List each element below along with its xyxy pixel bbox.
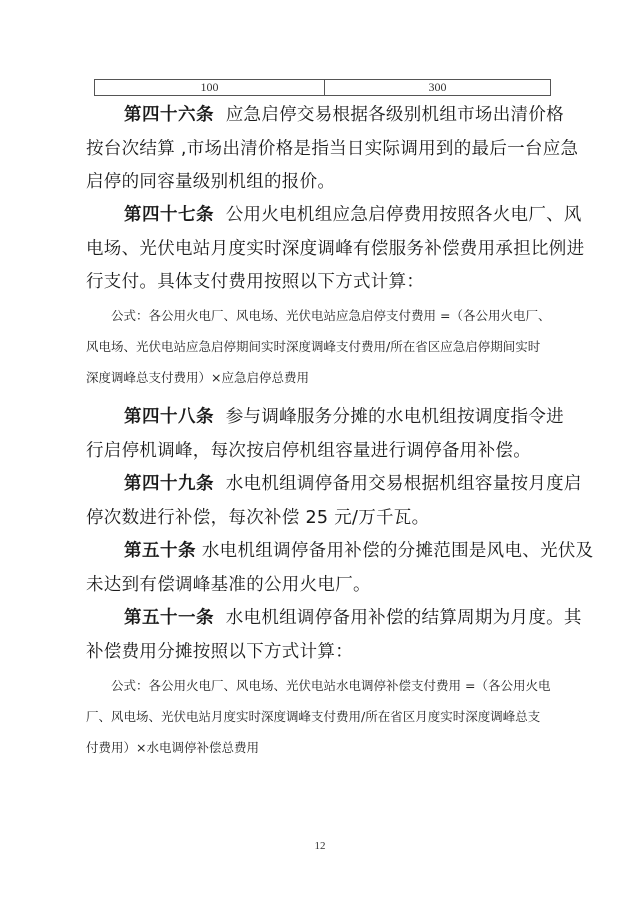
article-heading: 第四十九条: [124, 474, 214, 494]
article-48: 第四十八条 参与调峰服务分摊的水电机组按调度指令进 行启停机调峰，每次按启停机组…: [86, 401, 562, 468]
article-text: 公用火电机组应急启停费用按照各火电厂、风: [226, 205, 582, 225]
formula-51: 公式：各公用火电厂、风电场、光伏电站水电调停补偿支付费用 =（各公用火电 厂、风…: [86, 670, 562, 763]
article-text: 行启停机调峰，每次按启停机组容量进行调停备用补偿。: [86, 435, 562, 469]
article-heading: 第五十条: [124, 541, 196, 561]
data-table-row: 100 300: [94, 79, 551, 96]
article-50: 第五十条 水电机组调停备用补偿的分摊范围是风电、光伏及 未达到有偿调峰基准的公用…: [86, 535, 562, 602]
formula-text: 公式：各公用火电厂、风电场、光伏电站水电调停补偿支付费用 =（各公用火电: [86, 670, 562, 701]
formula-text: 公式：各公用火电厂、风电场、光伏电站应急启停支付费用 =（各公用火电厂、: [86, 300, 562, 331]
article-text: 补偿费用分摊按照以下方式计算：: [86, 636, 562, 670]
table-cell: 300: [325, 80, 550, 95]
formula-text: 厂、风电场、光伏电站月度实时深度调峰支付费用/所在省区月度实时深度调峰总支: [86, 701, 562, 732]
formula-text: 付费用）×水电调停补偿总费用: [86, 732, 562, 763]
article-text: 水电机组调停备用补偿的分摊范围是风电、光伏及: [202, 541, 594, 561]
table-cell: 100: [95, 80, 325, 95]
formula-text: 风电场、光伏电站应急启停期间实时深度调峰支付费用/所在省区应急启停期间实时: [86, 331, 562, 362]
article-47: 第四十七条 公用火电机组应急启停费用按照各火电厂、风 电场、光伏电站月度实时深度…: [86, 199, 562, 300]
article-46: 第四十六条 应急启停交易根据各级别机组市场出清价格 按台次结算 ,市场出清价格是…: [86, 99, 562, 200]
article-text: 参与调峰服务分摊的水电机组按调度指令进: [226, 407, 564, 427]
article-heading: 第五十一条: [124, 608, 214, 628]
article-heading: 第四十七条: [124, 205, 214, 225]
article-text: 停次数进行补偿，每次补偿 25 元/万千瓦。: [86, 502, 562, 536]
article-text: 电场、光伏电站月度实时深度调峰有偿服务补偿费用承担比例进: [86, 233, 562, 267]
article-heading: 第四十八条: [124, 407, 214, 427]
article-text: 行支付。具体支付费用按照以下方式计算：: [86, 266, 562, 300]
article-49: 第四十九条 水电机组调停备用交易根据机组容量按月度启 停次数进行补偿，每次补偿 …: [86, 468, 562, 535]
article-51: 第五十一条 水电机组调停备用补偿的结算周期为月度。其 补偿费用分摊按照以下方式计…: [86, 602, 562, 669]
article-heading: 第四十六条: [124, 105, 214, 125]
article-text: 水电机组调停备用补偿的结算周期为月度。其: [226, 608, 582, 628]
formula-47: 公式：各公用火电厂、风电场、光伏电站应急启停支付费用 =（各公用火电厂、 风电场…: [86, 300, 562, 393]
article-text: 未达到有偿调峰基准的公用火电厂。: [86, 569, 562, 603]
article-text: 应急启停交易根据各级别机组市场出清价格: [226, 105, 564, 125]
formula-text: 深度调峰总支付费用）×应急启停总费用: [86, 362, 562, 393]
page-number: 12: [0, 840, 640, 852]
article-text: 启停的同容量级别机组的报价。: [86, 166, 562, 200]
article-text: 水电机组调停备用交易根据机组容量按月度启: [226, 474, 582, 494]
article-text: 按台次结算 ,市场出清价格是指当日实际调用到的最后一台应急: [86, 133, 562, 167]
